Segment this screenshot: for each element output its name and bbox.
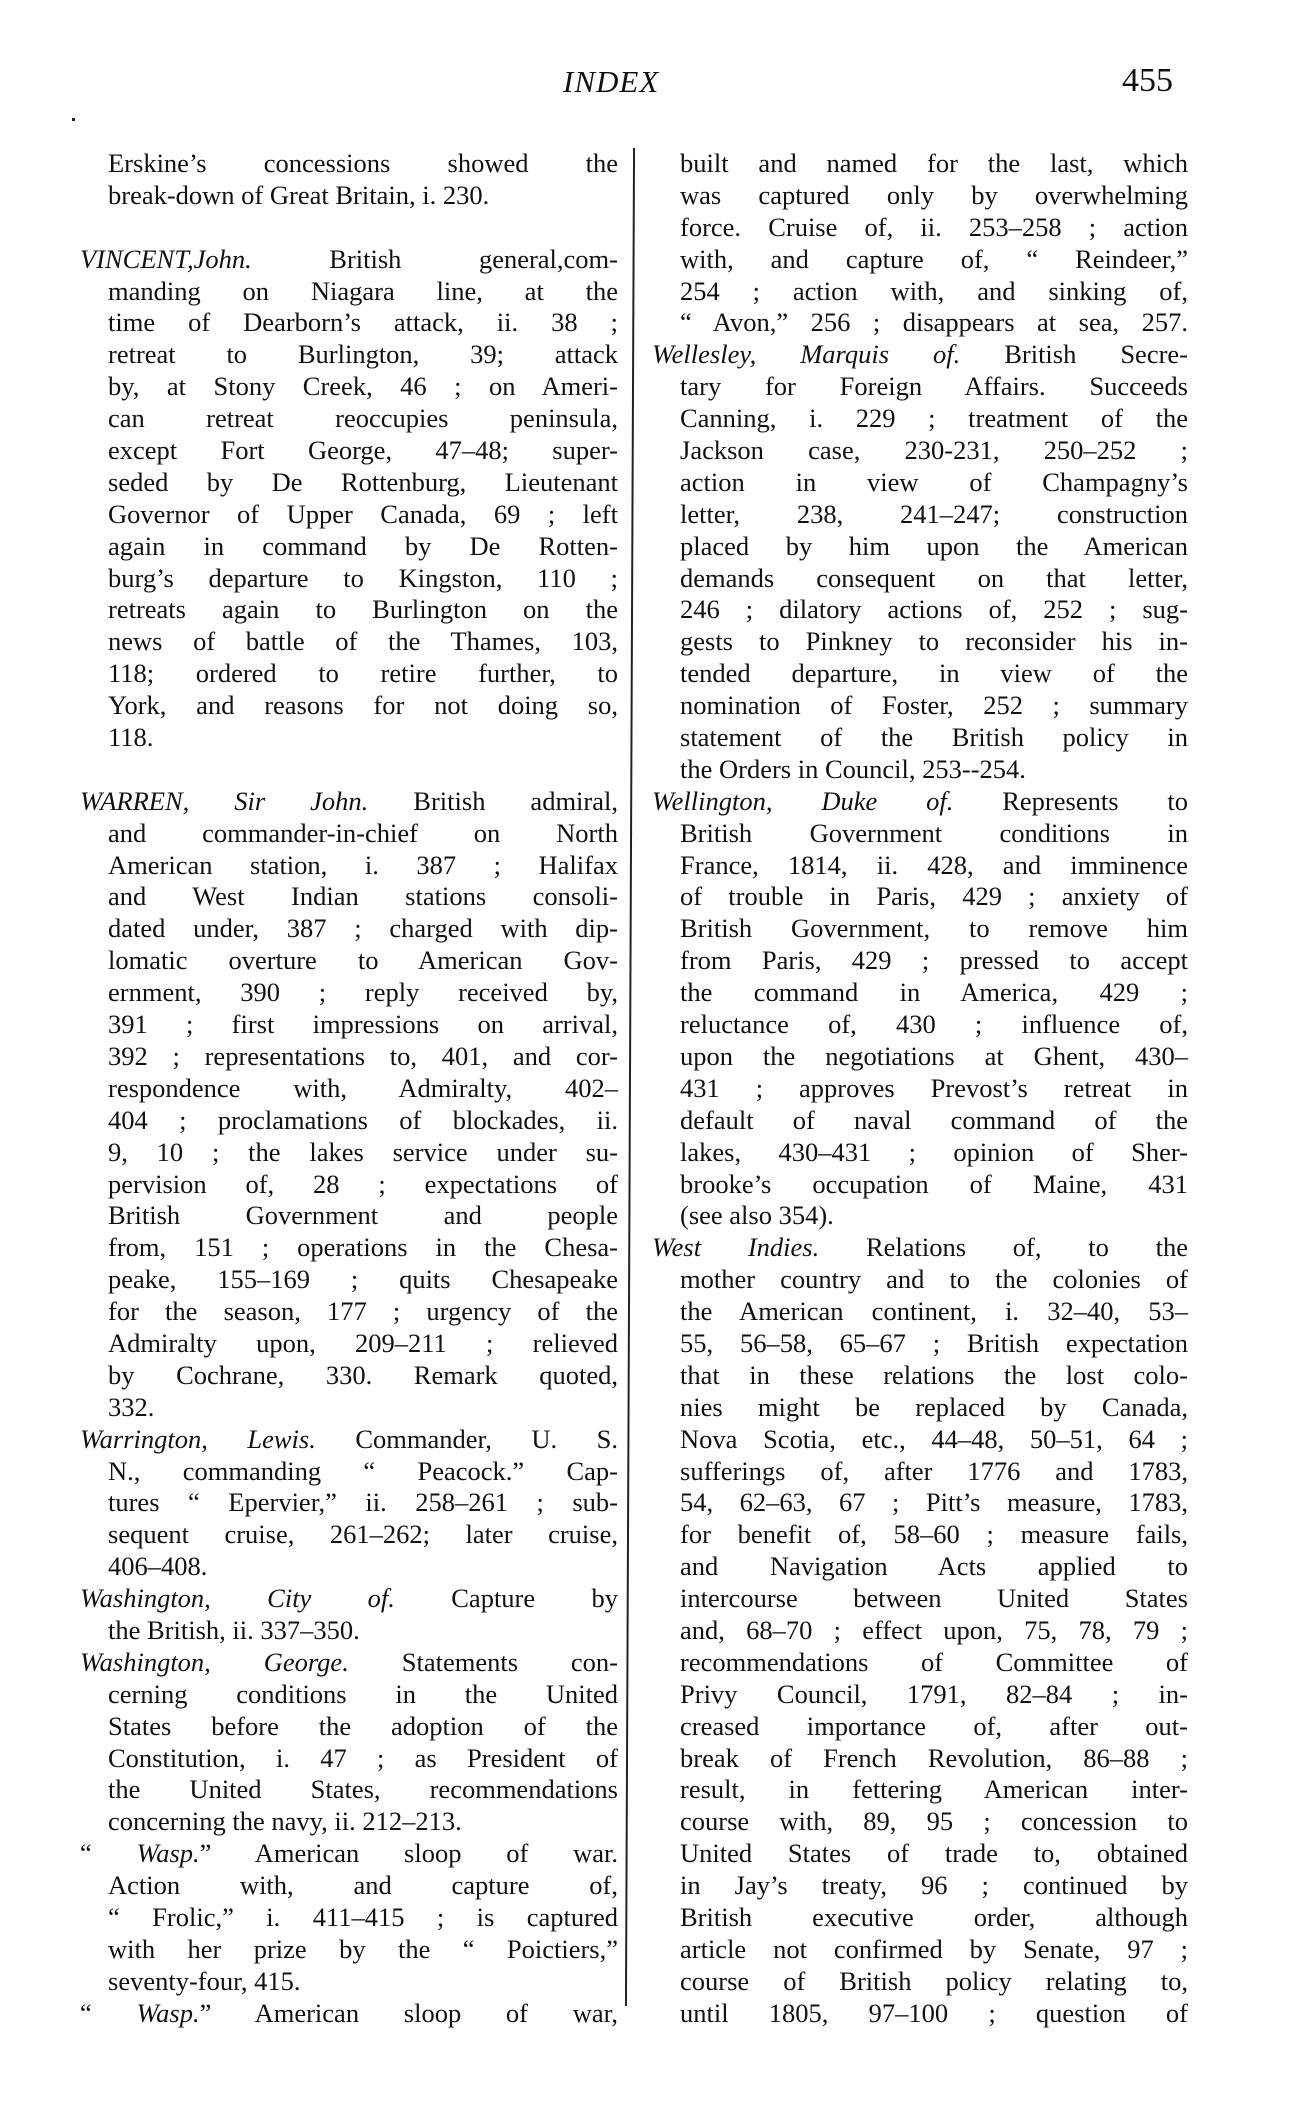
index-entry-line: of trouble in Paris, 429 ; anxiety of: [652, 881, 1188, 913]
index-entry-line: nomination of Foster, 252 ; summary: [652, 690, 1188, 722]
line-text: demands consequent on that letter,: [680, 563, 1188, 595]
line-text: Canning, i. 229 ; treatment of the: [680, 403, 1188, 435]
index-entry-line: dated under, 387 ; charged with dip-: [80, 913, 618, 945]
line-text: British Government and people: [108, 1200, 618, 1232]
line-text: States before the adoption of the: [108, 1711, 618, 1743]
line-text: that in these relations the lost colo-: [680, 1360, 1188, 1392]
entry-text: 404 ; proclamations of blockades, ii.: [108, 1105, 618, 1135]
entry-text: Capture by: [395, 1583, 618, 1613]
line-text: recommendations of Committee of: [680, 1647, 1188, 1679]
entry-text: for benefit of, 58–60 ; measure fails,: [680, 1519, 1188, 1549]
index-entry-line: 254 ; action with, and sinking of,: [652, 276, 1188, 308]
index-entry-heading-line: WARREN, Sir John. British admiral,: [80, 786, 618, 818]
index-entry-line: force. Cruise of, ii. 253–258 ; action: [652, 212, 1188, 244]
line-text: sequent cruise, 261–262; later cruise,: [108, 1519, 618, 1551]
line-text: WARREN, Sir John. British admiral,: [80, 786, 618, 818]
entry-text: British Secre-: [960, 339, 1188, 369]
entry-text: tary for Foreign Affairs. Succeeds: [680, 371, 1188, 401]
entry-text: break-down of Great Britain, i. 230.: [108, 180, 489, 210]
line-text: “ Avon,” 256 ; disappears at sea, 257.: [680, 307, 1188, 339]
open-quote: “: [80, 1838, 137, 1868]
blank-line: [80, 754, 618, 786]
entry-text: demands consequent on that letter,: [680, 563, 1188, 593]
entry-text: mother country and to the colonies of: [680, 1264, 1188, 1294]
line-text: mother country and to the colonies of: [680, 1264, 1188, 1296]
page-number: 455: [1122, 62, 1173, 100]
line-text: the British, ii. 337–350.: [108, 1615, 618, 1647]
entry-text: 332.: [108, 1392, 154, 1422]
index-entry-line: with, and capture of, “ Reindeer,”: [652, 244, 1188, 276]
line-text: peake, 155–169 ; quits Chesapeake: [108, 1264, 618, 1296]
index-entry-line: letter, 238, 241–247; construction: [652, 499, 1188, 531]
line-text: cerning conditions in the United: [108, 1679, 618, 1711]
index-entry-line: was captured only by overwhelming: [652, 180, 1188, 212]
index-entry-line: Privy Council, 1791, 82–84 ; in-: [652, 1679, 1188, 1711]
line-text: article not confirmed by Senate, 97 ;: [680, 1934, 1188, 1966]
index-entry-line: sufferings of, after 1776 and 1783,: [652, 1456, 1188, 1488]
line-text: 118.: [108, 722, 618, 754]
line-text: British Government, to remove him: [680, 913, 1188, 945]
entry-text: and Navigation Acts applied to: [680, 1551, 1188, 1581]
entry-text: 246 ; dilatory actions of, 252 ; sug-: [680, 594, 1188, 624]
index-entry-line: the Orders in Council, 253--254.: [652, 754, 1188, 786]
index-column-right: built and named for the last, whichwas c…: [652, 148, 1188, 2030]
entry-text: peake, 155–169 ; quits Chesapeake: [108, 1264, 618, 1294]
line-text: default of naval command of the: [680, 1105, 1188, 1137]
entry-text: Canning, i. 229 ; treatment of the: [680, 403, 1188, 433]
entry-text: from Paris, 429 ; pressed to accept: [680, 945, 1188, 975]
entry-text: Action with, and capture of,: [108, 1870, 618, 1900]
entry-text: news of battle of the Thames, 103,: [108, 626, 618, 656]
line-text: nies might be replaced by Canada,: [680, 1392, 1188, 1424]
index-entry-line: default of naval command of the: [652, 1105, 1188, 1137]
entry-text: seventy-four, 415.: [108, 1966, 301, 1996]
line-text: break of French Revolution, 86–88 ;: [680, 1743, 1188, 1775]
line-text: the American continent, i. 32–40, 53–: [680, 1296, 1188, 1328]
index-entry-line: tary for Foreign Affairs. Succeeds: [652, 371, 1188, 403]
entry-text: gests to Pinkney to reconsider his in-: [680, 626, 1188, 656]
index-entry-line: concerning the navy, ii. 212–213.: [80, 1806, 618, 1838]
running-head: INDEX 455: [0, 58, 1313, 102]
index-entry-line: 332.: [80, 1392, 618, 1424]
entry-text: tended departure, in view of the: [680, 658, 1188, 688]
line-text: 55, 56–58, 65–67 ; British expectation: [680, 1328, 1188, 1360]
entry-text: by, at Stony Creek, 46 ; on Ameri-: [108, 371, 618, 401]
line-text: built and named for the last, which: [680, 148, 1188, 180]
entry-text: ” American sloop of war,: [200, 1998, 618, 2028]
entry-text: Relations of, to the: [819, 1232, 1188, 1262]
index-entry-line: news of battle of the Thames, 103,: [80, 626, 618, 658]
index-entry-line: 9, 10 ; the lakes service under su-: [80, 1137, 618, 1169]
index-entry-line: Erskine’s concessions showed the: [80, 148, 618, 180]
index-entry-line: retreats again to Burlington on the: [80, 594, 618, 626]
index-entry-line: 406–408.: [80, 1551, 618, 1583]
index-entry-heading-line: Warrington, Lewis. Commander, U. S.: [80, 1424, 618, 1456]
index-entry-line: seventy-four, 415.: [80, 1966, 618, 1998]
line-text: Governor of Upper Canada, 69 ; left: [108, 499, 618, 531]
entry-text: and West Indian stations consoli-: [108, 881, 618, 911]
index-entry-line: article not confirmed by Senate, 97 ;: [652, 1934, 1188, 1966]
line-text: Erskine’s concessions showed the: [108, 148, 618, 180]
entry-text: the Orders in Council, 253--254.: [680, 754, 1026, 784]
index-entry-line: cerning conditions in the United: [80, 1679, 618, 1711]
line-text: 404 ; proclamations of blockades, ii.: [108, 1105, 618, 1137]
entry-text: Represents to: [953, 786, 1188, 816]
index-entry-line: break of French Revolution, 86–88 ;: [652, 1743, 1188, 1775]
line-text: “ Frolic,” i. 411–415 ; is captured: [108, 1902, 618, 1934]
index-entry-line: British Government conditions in: [652, 818, 1188, 850]
index-headword: Wellesley, Marquis of.: [652, 339, 960, 369]
entry-text: ernment, 390 ; reply received by,: [108, 977, 618, 1007]
entry-text: British Government and people: [108, 1200, 618, 1230]
entry-text: respondence with, Admiralty, 402–: [108, 1073, 618, 1103]
index-entry-line: Action with, and capture of,: [80, 1870, 618, 1902]
line-text: France, 1814, ii. 428, and imminence: [680, 850, 1188, 882]
line-text: again in command by De Rotten-: [108, 531, 618, 563]
index-entry-line: recommendations of Committee of: [652, 1647, 1188, 1679]
index-entry-line: tures “ Epervier,” ii. 258–261 ; sub-: [80, 1487, 618, 1519]
line-text: 246 ; dilatory actions of, 252 ; sug-: [680, 594, 1188, 626]
index-headword: Washington, City of.: [80, 1583, 395, 1613]
index-headword: VINCENT,John.: [80, 244, 252, 274]
index-entry-line: 118.: [80, 722, 618, 754]
line-text: course with, 89, 95 ; concession to: [680, 1806, 1188, 1838]
line-text: tary for Foreign Affairs. Succeeds: [680, 371, 1188, 403]
index-entry-line: the command in America, 429 ;: [652, 977, 1188, 1009]
line-text: Jackson case, 230-231, 250–252 ;: [680, 435, 1188, 467]
index-entry-line: Governor of Upper Canada, 69 ; left: [80, 499, 618, 531]
entry-text: British Government conditions in: [680, 818, 1188, 848]
index-entry-line: 431 ; approves Prevost’s retreat in: [652, 1073, 1188, 1105]
index-entry-line: (see also 354).: [652, 1200, 1188, 1232]
line-text: and commander-in-chief on North: [108, 818, 618, 850]
index-entry-line: lakes, 430–431 ; opinion of Sher-: [652, 1137, 1188, 1169]
line-text: intercourse between United States: [680, 1583, 1188, 1615]
line-text: 391 ; first impressions on arrival,: [108, 1009, 618, 1041]
index-entry-line: respondence with, Admiralty, 402–: [80, 1073, 618, 1105]
entry-text: France, 1814, ii. 428, and imminence: [680, 850, 1188, 880]
line-text: except Fort George, 47–48; super-: [108, 435, 618, 467]
entry-text: 55, 56–58, 65–67 ; British expectation: [680, 1328, 1188, 1358]
entry-text: reluctance of, 430 ; influence of,: [680, 1009, 1188, 1039]
entry-text: placed by him upon the American: [680, 531, 1188, 561]
line-text: 431 ; approves Prevost’s retreat in: [680, 1073, 1188, 1105]
index-entry-line: manding on Niagara line, at the: [80, 276, 618, 308]
entry-text: and commander-in-chief on North: [108, 818, 618, 848]
index-entry-line: from, 151 ; operations in the Chesa-: [80, 1232, 618, 1264]
index-entry-line: Jackson case, 230-231, 250–252 ;: [652, 435, 1188, 467]
line-text: “ Wasp.” American sloop of war,: [80, 1998, 618, 2030]
index-entry-line: York, and reasons for not doing so,: [80, 690, 618, 722]
index-entry-line: demands consequent on that letter,: [652, 563, 1188, 595]
entry-text: 392 ; representations to, 401, and cor-: [108, 1041, 618, 1071]
entry-text: for the season, 177 ; urgency of the: [108, 1296, 618, 1326]
entry-text: “ Avon,” 256 ; disappears at sea, 257.: [680, 307, 1188, 337]
entry-text: Governor of Upper Canada, 69 ; left: [108, 499, 618, 529]
line-text: reluctance of, 430 ; influence of,: [680, 1009, 1188, 1041]
entry-text: default of naval command of the: [680, 1105, 1188, 1135]
index-entry-line: 391 ; first impressions on arrival,: [80, 1009, 618, 1041]
entry-text: the United States, recommendations: [108, 1774, 618, 1804]
line-text: dated under, 387 ; charged with dip-: [108, 913, 618, 945]
entry-text: Nova Scotia, etc., 44–48, 50–51, 64 ;: [680, 1424, 1188, 1454]
entry-text: Erskine’s concessions showed the: [108, 148, 618, 178]
page-title: INDEX: [563, 64, 659, 100]
index-entry-line: by, at Stony Creek, 46 ; on Ameri-: [80, 371, 618, 403]
index-entry-line: gests to Pinkney to reconsider his in-: [652, 626, 1188, 658]
index-entry-line: British executive order, although: [652, 1902, 1188, 1934]
index-entry-line: the United States, recommendations: [80, 1774, 618, 1806]
index-entry-line: reluctance of, 430 ; influence of,: [652, 1009, 1188, 1041]
index-entry-heading-line: Wellington, Duke of. Represents to: [652, 786, 1188, 818]
line-text: by Cochrane, 330. Remark quoted,: [108, 1360, 618, 1392]
entry-text: of trouble in Paris, 429 ; anxiety of: [680, 881, 1188, 911]
entry-text: seded by De Rottenburg, Lieutenant: [108, 467, 618, 497]
entry-text: British executive order, although: [680, 1902, 1188, 1932]
line-text: United States of trade to, obtained: [680, 1838, 1188, 1870]
index-entry-heading-line: Wellesley, Marquis of. British Secre-: [652, 339, 1188, 371]
entry-text: course with, 89, 95 ; concession to: [680, 1806, 1188, 1836]
line-text: Warrington, Lewis. Commander, U. S.: [80, 1424, 618, 1456]
line-text: gests to Pinkney to reconsider his in-: [680, 626, 1188, 658]
entry-text: the American continent, i. 32–40, 53–: [680, 1296, 1188, 1326]
line-text: “ Wasp.” American sloop of war.: [80, 1838, 618, 1870]
line-text: retreat to Burlington, 39; attack: [108, 339, 618, 371]
entry-text: with her prize by the “ Poictiers,”: [108, 1934, 618, 1964]
line-text: sufferings of, after 1776 and 1783,: [680, 1456, 1188, 1488]
index-entry-line: peake, 155–169 ; quits Chesapeake: [80, 1264, 618, 1296]
line-text: 392 ; representations to, 401, and cor-: [108, 1041, 618, 1073]
index-headword: WARREN, Sir John.: [80, 786, 368, 816]
entry-text: lakes, 430–431 ; opinion of Sher-: [680, 1137, 1188, 1167]
entry-text: brooke’s occupation of Maine, 431: [680, 1169, 1188, 1199]
index-headword: Wasp.: [136, 1998, 199, 2028]
index-entry-line: N., commanding “ Peacock.” Cap-: [80, 1456, 618, 1488]
index-entry-line: for benefit of, 58–60 ; measure fails,: [652, 1519, 1188, 1551]
entry-text: by Cochrane, 330. Remark quoted,: [108, 1360, 618, 1390]
line-text: ernment, 390 ; reply received by,: [108, 977, 618, 1009]
line-text: course of British policy relating to,: [680, 1966, 1188, 1998]
line-text: Washington, City of. Capture by: [80, 1583, 618, 1615]
entry-text: nies might be replaced by Canada,: [680, 1392, 1188, 1422]
index-entry-line: Constitution, i. 47 ; as President of: [80, 1743, 618, 1775]
entry-text: action in view of Champagny’s: [680, 467, 1188, 497]
entry-text: lomatic overture to American Gov-: [108, 945, 618, 975]
index-entry-line: in Jay’s treaty, 96 ; continued by: [652, 1870, 1188, 1902]
entry-text: cerning conditions in the United: [108, 1679, 618, 1709]
line-text: the Orders in Council, 253--254.: [680, 754, 1188, 786]
index-entry-line: break-down of Great Britain, i. 230.: [80, 180, 618, 212]
entry-text: ” American sloop of war.: [200, 1838, 618, 1868]
entry-text: and, 68–70 ; effect upon, 75, 78, 79 ;: [680, 1615, 1188, 1645]
entry-text: sequent cruise, 261–262; later cruise,: [108, 1519, 618, 1549]
entry-text: result, in fettering American inter-: [680, 1774, 1188, 1804]
line-text: for benefit of, 58–60 ; measure fails,: [680, 1519, 1188, 1551]
index-entry-line: seded by De Rottenburg, Lieutenant: [80, 467, 618, 499]
index-entry-line: course of British policy relating to,: [652, 1966, 1188, 1998]
index-entry-line: burg’s departure to Kingston, 110 ;: [80, 563, 618, 595]
entry-text: British admiral,: [368, 786, 618, 816]
line-text: statement of the British policy in: [680, 722, 1188, 754]
index-entry-line: course with, 89, 95 ; concession to: [652, 1806, 1188, 1838]
blank-line: [80, 212, 618, 244]
index-entry-line: placed by him upon the American: [652, 531, 1188, 563]
line-text: news of battle of the Thames, 103,: [108, 626, 618, 658]
index-entry-line: 55, 56–58, 65–67 ; British expectation: [652, 1328, 1188, 1360]
index-entry-line: 404 ; proclamations of blockades, ii.: [80, 1105, 618, 1137]
index-entry-line: 54, 62–63, 67 ; Pitt’s measure, 1783,: [652, 1487, 1188, 1519]
line-text: from, 151 ; operations in the Chesa-: [108, 1232, 618, 1264]
index-entry-line: upon the negotiations at Ghent, 430–: [652, 1041, 1188, 1073]
index-entry-line: and commander-in-chief on North: [80, 818, 618, 850]
line-text: N., commanding “ Peacock.” Cap-: [108, 1456, 618, 1488]
entry-text: course of British policy relating to,: [680, 1966, 1188, 1996]
entry-text: Constitution, i. 47 ; as President of: [108, 1743, 618, 1773]
entry-text: 431 ; approves Prevost’s retreat in: [680, 1073, 1188, 1103]
index-entry-line: from Paris, 429 ; pressed to accept: [652, 945, 1188, 977]
line-text: British Government conditions in: [680, 818, 1188, 850]
entry-text: concerning the navy, ii. 212–213.: [108, 1806, 462, 1836]
index-entry-line: the American continent, i. 32–40, 53–: [652, 1296, 1188, 1328]
line-text: break-down of Great Britain, i. 230.: [108, 180, 618, 212]
entry-text: Statements con-: [349, 1647, 618, 1677]
index-entry-line: intercourse between United States: [652, 1583, 1188, 1615]
entry-text: retreats again to Burlington on the: [108, 594, 618, 624]
entry-text: manding on Niagara line, at the: [108, 276, 618, 306]
index-entry-line: mother country and to the colonies of: [652, 1264, 1188, 1296]
entry-text: British Government, to remove him: [680, 913, 1188, 943]
line-text: the United States, recommendations: [108, 1774, 618, 1806]
entry-text: creased importance of, after out-: [680, 1711, 1188, 1741]
index-entry-line: the British, ii. 337–350.: [80, 1615, 618, 1647]
index-entry-line: “ Avon,” 256 ; disappears at sea, 257.: [652, 307, 1188, 339]
index-entry-heading-line: Washington, George. Statements con-: [80, 1647, 618, 1679]
index-entry-line: that in these relations the lost colo-: [652, 1360, 1188, 1392]
line-text: 254 ; action with, and sinking of,: [680, 276, 1188, 308]
index-entry-line: creased importance of, after out-: [652, 1711, 1188, 1743]
line-text: placed by him upon the American: [680, 531, 1188, 563]
entry-text: can retreat reoccupies peninsula,: [108, 403, 618, 433]
line-text: result, in fettering American inter-: [680, 1774, 1188, 1806]
line-text: with, and capture of, “ Reindeer,”: [680, 244, 1188, 276]
entry-text: States before the adoption of the: [108, 1711, 618, 1741]
line-text: York, and reasons for not doing so,: [108, 690, 618, 722]
entry-text: article not confirmed by Senate, 97 ;: [680, 1934, 1188, 1964]
entry-text: the British, ii. 337–350.: [108, 1615, 360, 1645]
index-column-left: Erskine’s concessions showed thebreak-do…: [80, 148, 618, 2030]
index-entry-line: sequent cruise, 261–262; later cruise,: [80, 1519, 618, 1551]
entry-text: that in these relations the lost colo-: [680, 1360, 1188, 1390]
line-text: American station, i. 387 ; Halifax: [108, 850, 618, 882]
index-headword: Wasp.: [137, 1838, 200, 1868]
index-entry-line: British Government and people: [80, 1200, 618, 1232]
index-entry-line: American station, i. 387 ; Halifax: [80, 850, 618, 882]
entry-text: recommendations of Committee of: [680, 1647, 1188, 1677]
index-entry-line: pervision of, 28 ; expectations of: [80, 1169, 618, 1201]
line-text: action in view of Champagny’s: [680, 467, 1188, 499]
line-text: seded by De Rottenburg, Lieutenant: [108, 467, 618, 499]
entry-text: N., commanding “ Peacock.” Cap-: [108, 1456, 618, 1486]
index-entry-line: 392 ; representations to, 401, and cor-: [80, 1041, 618, 1073]
line-text: tended departure, in view of the: [680, 658, 1188, 690]
entry-text: tures “ Epervier,” ii. 258–261 ; sub-: [108, 1487, 618, 1517]
line-text: and West Indian stations consoli-: [108, 881, 618, 913]
entry-text: pervision of, 28 ; expectations of: [108, 1169, 618, 1199]
index-entry-line: result, in fettering American inter-: [652, 1774, 1188, 1806]
line-text: respondence with, Admiralty, 402–: [108, 1073, 618, 1105]
line-text: concerning the navy, ii. 212–213.: [108, 1806, 618, 1838]
line-text: seventy-four, 415.: [108, 1966, 618, 1998]
line-text: Action with, and capture of,: [108, 1870, 618, 1902]
line-text: of trouble in Paris, 429 ; anxiety of: [680, 881, 1188, 913]
entry-text: American station, i. 387 ; Halifax: [108, 850, 618, 880]
entry-text: Admiralty upon, 209–211 ; relieved: [108, 1328, 618, 1358]
line-text: by, at Stony Creek, 46 ; on Ameri-: [108, 371, 618, 403]
index-entry-line: ernment, 390 ; reply received by,: [80, 977, 618, 1009]
line-text: Privy Council, 1791, 82–84 ; in-: [680, 1679, 1188, 1711]
entry-text: statement of the British policy in: [680, 722, 1188, 752]
entry-text: break of French Revolution, 86–88 ;: [680, 1743, 1188, 1773]
index-entry-line: brooke’s occupation of Maine, 431: [652, 1169, 1188, 1201]
line-text: from Paris, 429 ; pressed to accept: [680, 945, 1188, 977]
index-entry-line: retreat to Burlington, 39; attack: [80, 339, 618, 371]
entry-text: “ Frolic,” i. 411–415 ; is captured: [108, 1902, 618, 1932]
line-text: Admiralty upon, 209–211 ; relieved: [108, 1328, 618, 1360]
line-text: force. Cruise of, ii. 253–258 ; action: [680, 212, 1188, 244]
entry-text: intercourse between United States: [680, 1583, 1188, 1613]
entry-text: except Fort George, 47–48; super-: [108, 435, 618, 465]
line-text: until 1805, 97–100 ; question of: [680, 1998, 1188, 2030]
index-entry-line: for the season, 177 ; urgency of the: [80, 1296, 618, 1328]
line-text: pervision of, 28 ; expectations of: [108, 1169, 618, 1201]
line-text: lomatic overture to American Gov-: [108, 945, 618, 977]
index-entry-line: 118; ordered to retire further, to: [80, 658, 618, 690]
line-text: VINCENT,John. British general,com-: [80, 244, 618, 276]
line-text: Nova Scotia, etc., 44–48, 50–51, 64 ;: [680, 1424, 1188, 1456]
line-text: 9, 10 ; the lakes service under su-: [108, 1137, 618, 1169]
index-entry-line: “ Frolic,” i. 411–415 ; is captured: [80, 1902, 618, 1934]
entry-text: 54, 62–63, 67 ; Pitt’s measure, 1783,: [680, 1487, 1188, 1517]
index-entry-line: again in command by De Rotten-: [80, 531, 618, 563]
entry-text: United States of trade to, obtained: [680, 1838, 1188, 1868]
line-text: Washington, George. Statements con-: [80, 1647, 618, 1679]
line-text: upon the negotiations at Ghent, 430–: [680, 1041, 1188, 1073]
index-entry-heading-line: “ Wasp.” American sloop of war,: [80, 1998, 618, 2030]
entry-text: 9, 10 ; the lakes service under su-: [108, 1137, 618, 1167]
line-text: manding on Niagara line, at the: [108, 276, 618, 308]
index-entry-line: Canning, i. 229 ; treatment of the: [652, 403, 1188, 435]
index-entry-line: time of Dearborn’s attack, ii. 38 ;: [80, 307, 618, 339]
entry-text: in Jay’s treaty, 96 ; continued by: [680, 1870, 1188, 1900]
entry-text: with, and capture of, “ Reindeer,”: [680, 244, 1188, 274]
index-entry-line: by Cochrane, 330. Remark quoted,: [80, 1360, 618, 1392]
index-entry-line: 246 ; dilatory actions of, 252 ; sug-: [652, 594, 1188, 626]
line-text: 118; ordered to retire further, to: [108, 658, 618, 690]
scan-speck: [72, 118, 75, 121]
entry-text: dated under, 387 ; charged with dip-: [108, 913, 618, 943]
index-headword: West Indies.: [652, 1232, 819, 1262]
entry-text: time of Dearborn’s attack, ii. 38 ;: [108, 307, 618, 337]
line-text: 332.: [108, 1392, 618, 1424]
entry-text: (see also 354).: [680, 1200, 834, 1230]
index-entry-line: built and named for the last, which: [652, 148, 1188, 180]
line-text: with her prize by the “ Poictiers,”: [108, 1934, 618, 1966]
entry-text: burg’s departure to Kingston, 110 ;: [108, 563, 618, 593]
line-text: and, 68–70 ; effect upon, 75, 78, 79 ;: [680, 1615, 1188, 1647]
entry-text: Jackson case, 230-231, 250–252 ;: [680, 435, 1188, 465]
line-text: creased importance of, after out-: [680, 1711, 1188, 1743]
index-entry-line: and Navigation Acts applied to: [652, 1551, 1188, 1583]
